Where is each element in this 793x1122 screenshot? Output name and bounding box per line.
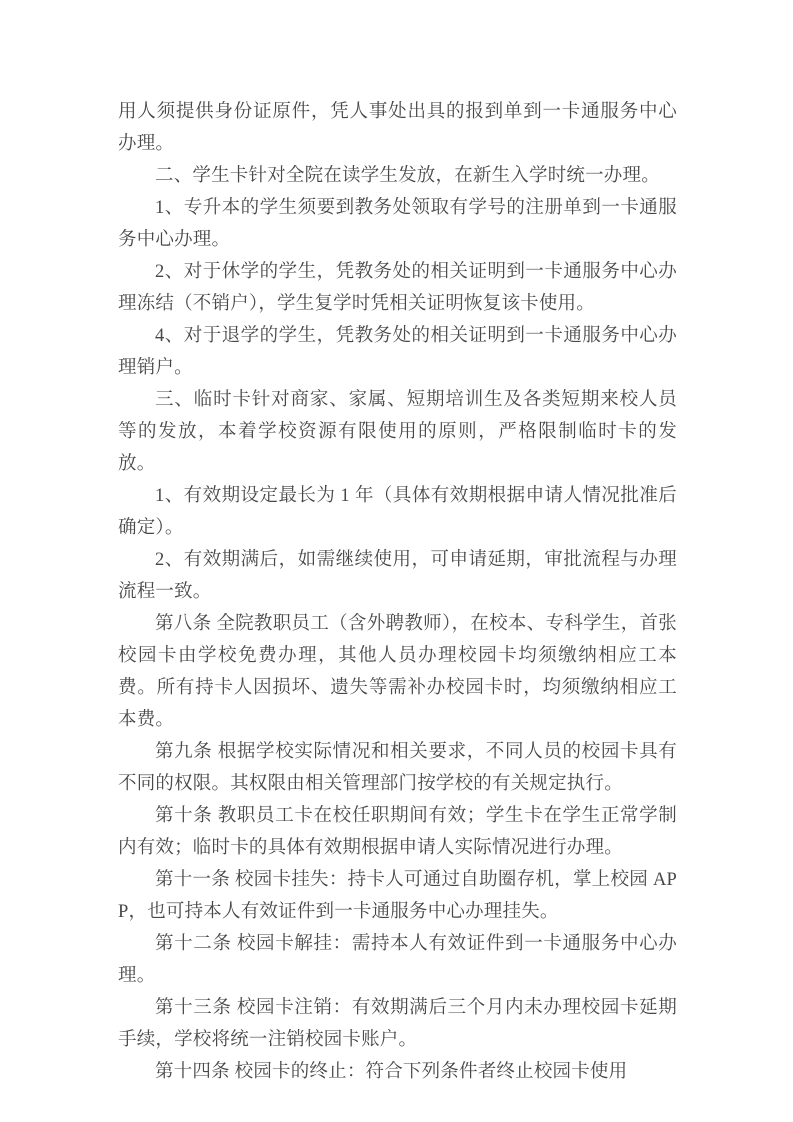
- document-paragraph: 4、对于退学的学生，凭教务处的相关证明到一卡通服务中心办理销户。: [118, 320, 677, 384]
- document-paragraph: 二、学生卡针对全院在读学生发放，在新生入学时统一办理。: [118, 160, 677, 192]
- document-paragraph: 第十三条 校园卡注销：有效期满后三个月内未办理校园卡延期手续，学校将统一注销校园…: [118, 992, 677, 1056]
- document-paragraph: 1、有效期设定最长为 1 年（具体有效期根据申请人情况批准后确定）。: [118, 480, 677, 544]
- document-paragraph: 第十一条 校园卡挂失：持卡人可通过自助圈存机，掌上校园 APP，也可持本人有效证…: [118, 864, 677, 928]
- document-page: 用人须提供身份证原件，凭人事处出具的报到单到一卡通服务中心办理。 二、学生卡针对…: [0, 0, 793, 1122]
- document-paragraph: 2、有效期满后，如需继续使用，可申请延期，审批流程与办理流程一致。: [118, 544, 677, 608]
- document-paragraph: 用人须提供身份证原件，凭人事处出具的报到单到一卡通服务中心办理。: [118, 96, 677, 160]
- document-paragraph: 第十条 教职员工卡在校任职期间有效；学生卡在学生正常学制内有效；临时卡的具体有效…: [118, 800, 677, 864]
- document-paragraph: 第十二条 校园卡解挂：需持本人有效证件到一卡通服务中心办理。: [118, 928, 677, 992]
- document-paragraph: 2、对于休学的学生，凭教务处的相关证明到一卡通服务中心办理冻结（不销户），学生复…: [118, 256, 677, 320]
- document-paragraph: 1、专升本的学生须要到教务处领取有学号的注册单到一卡通服务中心办理。: [118, 192, 677, 256]
- document-paragraph: 三、临时卡针对商家、家属、短期培训生及各类短期来校人员等的发放，本着学校资源有限…: [118, 384, 677, 480]
- document-paragraph: 第十四条 校园卡的终止：符合下列条件者终止校园卡使用: [118, 1056, 677, 1088]
- document-paragraph: 第九条 根据学校实际情况和相关要求，不同人员的校园卡具有不同的权限。其权限由相关…: [118, 736, 677, 800]
- document-paragraph: 第八条 全院教职员工（含外聘教师），在校本、专科学生，首张校园卡由学校免费办理，…: [118, 608, 677, 736]
